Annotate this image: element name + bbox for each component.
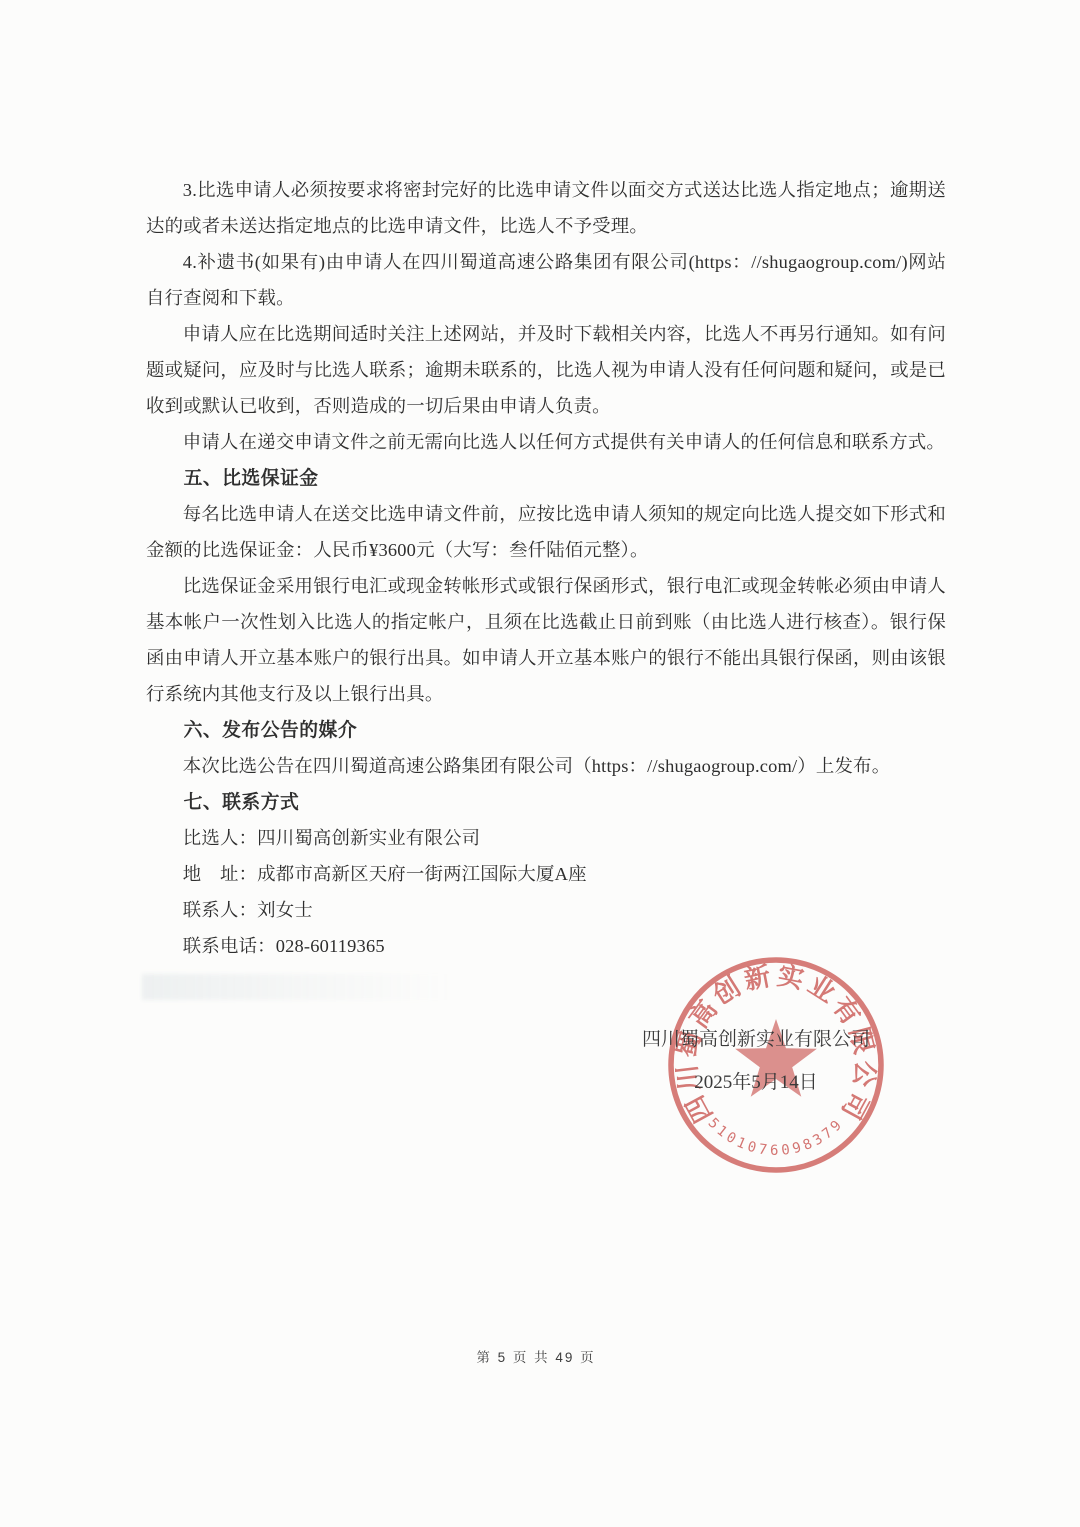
section-heading-media: 六、发布公告的媒介 [146, 712, 946, 748]
paragraph-deposit-method: 比选保证金采用银行电汇或现金转帐形式或银行保函形式，银行电汇或现金转帐必须由申请… [146, 568, 946, 712]
signature-date: 2025年5月14日 [598, 1065, 914, 1101]
paragraph-website-notice: 申请人应在比选期间适时关注上述网站，并及时下载相关内容，比选人不再另行通知。如有… [146, 316, 946, 424]
paragraph-no-info-required: 申请人在递交申请文件之前无需向比选人以任何方式提供有关申请人的任何信息和联系方式… [146, 424, 946, 460]
document-page: 3.比选申请人必须按要求将密封完好的比选申请文件以面交方式送达比选人指定地点；逾… [0, 0, 1080, 1527]
section-heading-contact: 七、联系方式 [146, 784, 946, 820]
paragraph-3-delivery: 3.比选申请人必须按要求将密封完好的比选申请文件以面交方式送达比选人指定地点；逾… [146, 172, 946, 244]
signature-block: 四川蜀高创新实业有限公司 2025年5月14日 [598, 1022, 914, 1101]
document-body: 3.比选申请人必须按要求将密封完好的比选申请文件以面交方式送达比选人指定地点；逾… [146, 172, 946, 964]
section-heading-deposit: 五、比选保证金 [146, 460, 946, 496]
signature-company: 四川蜀高创新实业有限公司 [598, 1022, 914, 1058]
paragraph-deposit-amount: 每名比选申请人在送交比选申请文件前，应按比选申请人须知的规定向比选人提交如下形式… [146, 496, 946, 568]
seal-serial-number: 5101076098379 [705, 1115, 848, 1159]
paragraph-announcement-site: 本次比选公告在四川蜀道高速公路集团有限公司（https：//shugaogrou… [146, 748, 946, 784]
contact-line-selector: 比选人：四川蜀高创新实业有限公司 [146, 820, 946, 856]
contact-line-person: 联系人：刘女士 [146, 892, 946, 928]
scan-bleed-through-smudge [142, 974, 452, 1000]
paragraph-4-addendum: 4.补遗书(如果有)由申请人在四川蜀道高速公路集团有限公司(https：//sh… [146, 244, 946, 316]
page-footer: 第 5 页 共 49 页 [0, 1346, 1072, 1366]
contact-line-address: 地 址：成都市高新区天府一街两江国际大厦A座 [146, 856, 946, 892]
page-number-indicator: 第 5 页 共 49 页 [476, 1350, 595, 1365]
